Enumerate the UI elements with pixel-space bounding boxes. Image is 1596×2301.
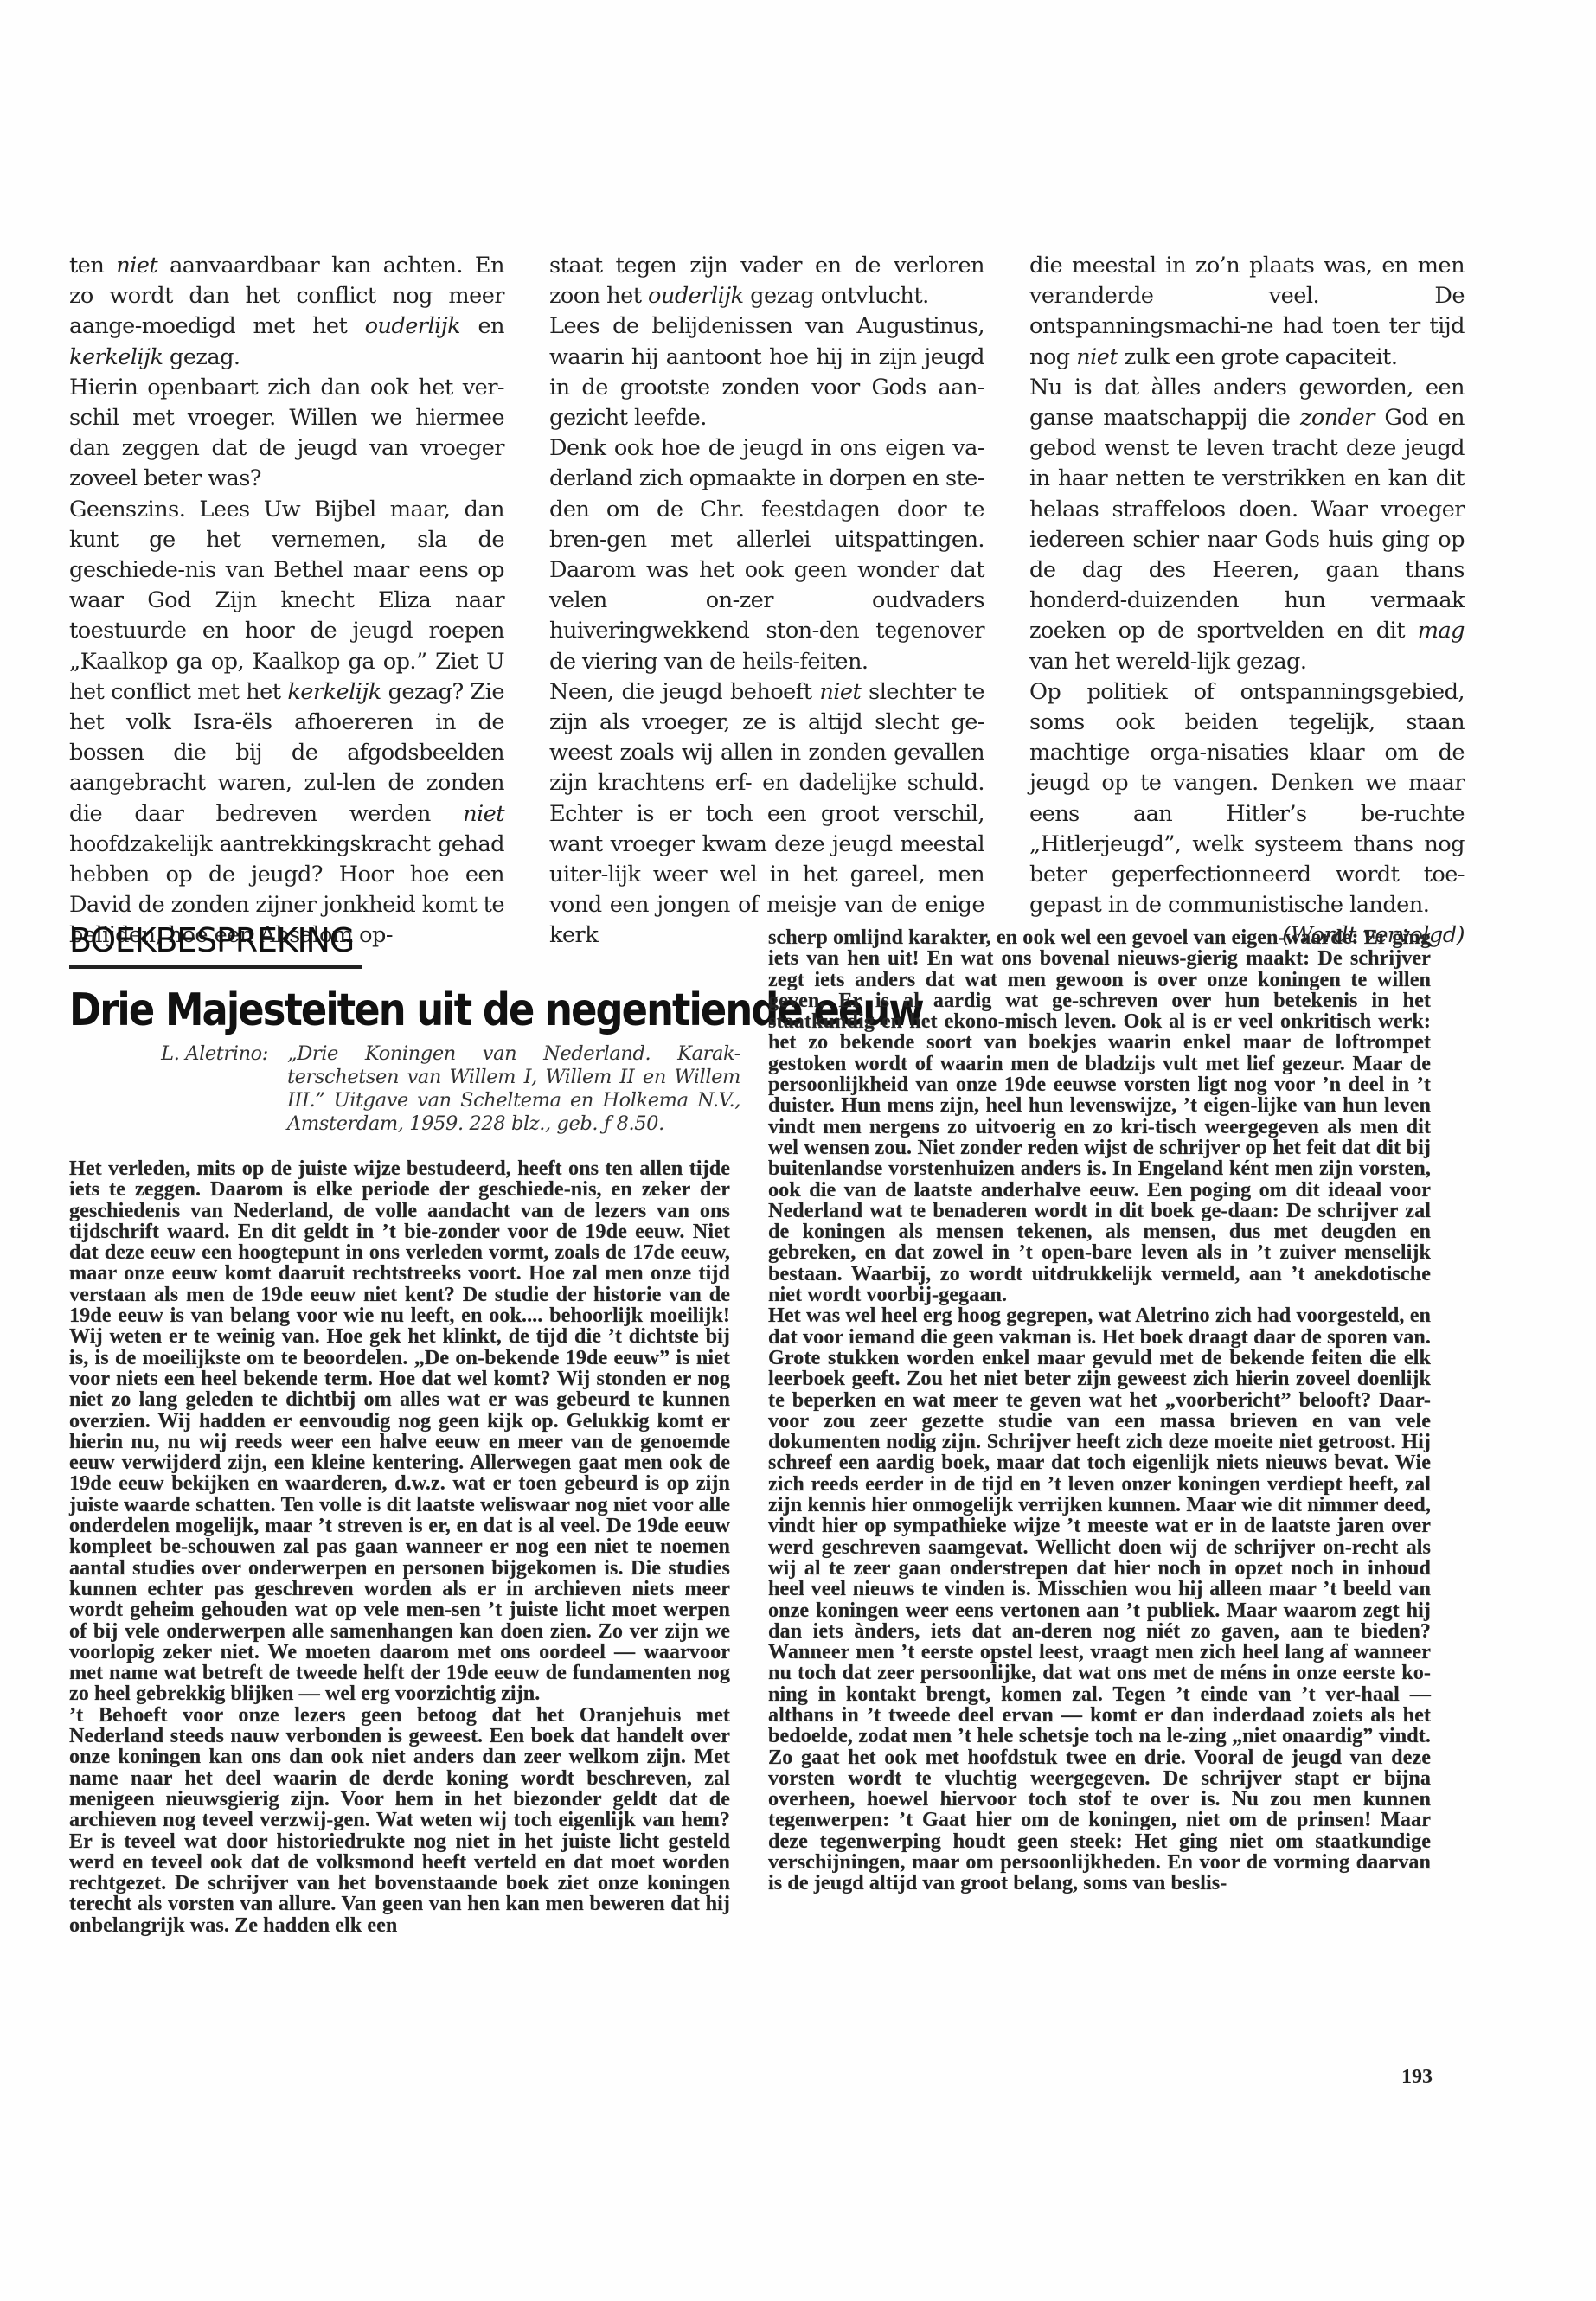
section-label: BOEKBESPREKING [69, 924, 362, 969]
paragraph: Denk ook hoe de jeugd in ons eigen va-de… [549, 433, 984, 677]
article-column-2: staat tegen zijn vader en de verloren zo… [549, 251, 984, 952]
book-details: „Drie Koningen van Nederland. Karak-ters… [287, 1042, 740, 1136]
paragraph: Hierin openbaart zich dan ook het ver-sc… [69, 373, 504, 495]
emphasis: niet [819, 679, 861, 705]
paragraph: Het verleden, mits op de juiste wijze be… [69, 1158, 730, 1705]
emphasis: niet [116, 253, 157, 279]
paragraph: Het was wel heel erg hoog gegrepen, wat … [768, 1305, 1431, 1894]
paragraph: Nu is dat àlles anders geworden, een gan… [1029, 373, 1465, 677]
paragraph: die meestal in zo’n plaats was, en men v… [1029, 251, 1465, 373]
paragraph: ’t Behoeft voor onze lezers geen betoog … [69, 1705, 730, 1936]
emphasis: niet [463, 801, 504, 827]
paragraph: Op politiek of ontspanningsgebied, soms … [1029, 677, 1465, 921]
emphasis: niet [1076, 344, 1118, 370]
page-number: 193 [1401, 2066, 1433, 2089]
paragraph: Geenszins. Lees Uw Bijbel maar, dan kunt… [69, 495, 504, 952]
magazine-page: ten niet aanvaardbaar kan achten. En zo … [0, 0, 1596, 2301]
paragraph: staat tegen zijn vader en de verloren zo… [549, 251, 984, 311]
emphasis: kerkelijk [287, 679, 381, 705]
review-column-right: scherp omlijnd karakter, en ook wel een … [768, 927, 1431, 1894]
review-column-left: Het verleden, mits op de juiste wijze be… [69, 1158, 730, 1936]
paragraph: Neen, die jeugd behoeft niet slechter te… [549, 677, 984, 952]
emphasis: ouderlijk [648, 283, 744, 309]
paragraph: scherp omlijnd karakter, en ook wel een … [768, 927, 1431, 1305]
paragraph: ten niet aanvaardbaar kan achten. En zo … [69, 251, 504, 373]
paragraph: Lees de belijdenissen van Augustinus, wa… [549, 311, 984, 433]
article-continuation: ten niet aanvaardbaar kan achten. En zo … [69, 251, 1466, 952]
emphasis: zonder [1300, 405, 1375, 431]
bibliographic-reference: L. Aletrino: „Drie Koningen van Nederlan… [121, 1042, 740, 1136]
book-author: L. Aletrino: [121, 1042, 287, 1136]
article-column-3: die meestal in zo’n plaats was, en men v… [1029, 251, 1465, 952]
emphasis: kerkelijk [69, 344, 163, 370]
emphasis: mag [1418, 618, 1465, 644]
emphasis: ouderlijk [365, 313, 461, 339]
article-column-1: ten niet aanvaardbaar kan achten. En zo … [69, 251, 504, 952]
